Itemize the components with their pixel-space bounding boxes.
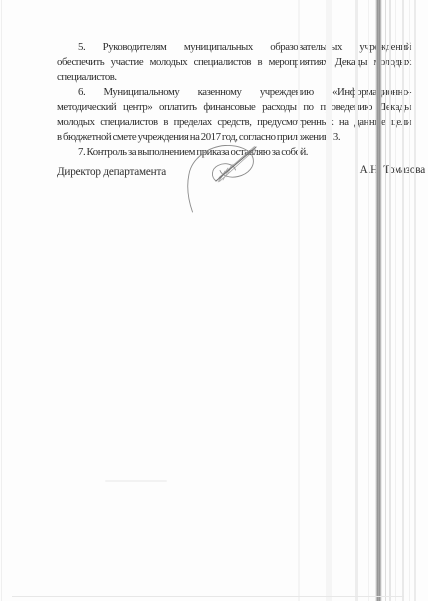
scanned-document-page: 5. Руководителям муниципальных образоват…	[0, 0, 428, 601]
scan-bottom-line	[12, 596, 404, 597]
text-line: специалистов.	[57, 70, 411, 85]
signatory-name: А.Н. Томазова	[360, 164, 425, 176]
scan-streak	[1, 0, 2, 601]
scan-smudge	[105, 480, 167, 482]
text-line: обеспечить участие молодых специалистов …	[57, 55, 411, 70]
text-line: 5. Руководителям муниципальных образоват…	[57, 40, 411, 55]
scan-streak	[414, 0, 416, 601]
signature-scribble	[183, 140, 263, 216]
text-line: методический центр» оплатить финансовые …	[57, 100, 411, 115]
text-line: молодых специалистов в пределах средств,…	[57, 115, 411, 130]
signatory-title: Директор департамента	[57, 166, 166, 178]
text-line: 6. Муниципальному казенному учреждению «…	[57, 85, 411, 100]
